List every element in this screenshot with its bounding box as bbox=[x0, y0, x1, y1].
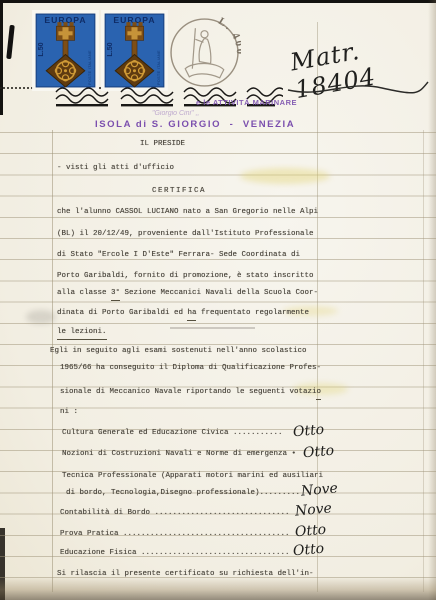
highlight-smudge bbox=[240, 168, 330, 184]
subject-line: di bordo, Tecnologia,Disegno professiona… bbox=[66, 489, 300, 498]
typed-underline bbox=[57, 339, 107, 340]
subject-line: Educazione Fisica ......................… bbox=[60, 549, 290, 558]
revenue-seal-icon: L. 400 bbox=[168, 16, 241, 89]
letterhead-stamp-line2: "Giorgio Cini" ,, bbox=[152, 110, 199, 117]
typed-underline bbox=[316, 399, 321, 400]
scan-edge-top bbox=[0, 0, 436, 3]
handwritten-grade: Nove bbox=[294, 500, 332, 519]
certificate-line: le lezioni. bbox=[57, 328, 107, 337]
certificate-line: di Stato "Ercole I D'Este" Ferrara- Sede… bbox=[57, 251, 300, 260]
certificate-line: (BL) il 20/12/49, proveniente dall'Istit… bbox=[57, 230, 314, 239]
handwritten-grade: Otto bbox=[292, 541, 324, 560]
certificate-line: dinata di Porto Garibaldi ed ha frequent… bbox=[57, 309, 309, 318]
pencil-smudge bbox=[26, 310, 56, 324]
postage-stamp-icon bbox=[101, 10, 168, 91]
premise-line: - visti gli atti d'ufficio bbox=[57, 164, 174, 173]
scanned-certificate-page: EUROPA L.50 POSTE ITALIANE bbox=[0, 0, 436, 600]
pencil-strike-mark bbox=[170, 327, 255, 329]
letterhead-stamp-line1: e le ATTIVITÀ MARINARE bbox=[196, 98, 297, 107]
signature-flourish-underline bbox=[284, 74, 432, 102]
typed-underline bbox=[187, 320, 196, 321]
certificate-line: 1965/66 ha conseguito il Diploma di Qual… bbox=[60, 364, 321, 373]
pen-mark bbox=[6, 25, 15, 59]
certificate-line: Egli in seguito agli esami sostenuti nel… bbox=[50, 347, 307, 356]
handwritten-grade: Otto bbox=[294, 522, 326, 541]
subject-line: Prova Pratica ..........................… bbox=[60, 530, 290, 539]
letterhead-stamp-location: ISOLA di S. GIORGIO - VENEZIA bbox=[95, 119, 295, 130]
certificate-line: alla classe 3° Sezione Meccanici Navali … bbox=[57, 289, 318, 298]
subject-line: Tecnica Professionale (Apparati motori m… bbox=[62, 472, 323, 481]
handwritten-grade: Nove bbox=[300, 480, 338, 499]
ruled-line-vertical-edge bbox=[423, 130, 424, 592]
ruled-lines-horizontal bbox=[0, 132, 436, 594]
subject-line: Nozioni di Costruzioni Navali e Norme di… bbox=[62, 450, 296, 459]
postage-stamp-icon bbox=[32, 10, 99, 91]
typed-underline bbox=[111, 300, 120, 301]
certificate-line: ni : bbox=[60, 408, 78, 417]
heading-il-preside: IL PRESIDE bbox=[140, 140, 185, 149]
handwritten-grade: Otto bbox=[302, 443, 334, 462]
subject-line: Contabilità di Bordo ...................… bbox=[60, 509, 290, 518]
certificate-line: che l'alunno CASSOL LUCIANO nato a San G… bbox=[57, 208, 318, 217]
certificate-line: Porto Garibaldi, fornito di promozione, … bbox=[57, 272, 314, 281]
certificate-line: sionale di Meccanico Navale riportando l… bbox=[60, 388, 321, 397]
handwritten-grade: Otto bbox=[292, 422, 324, 441]
heading-certifica: CERTIFICA bbox=[152, 187, 206, 196]
seal-value-text: L. 400 bbox=[216, 16, 241, 56]
subject-line: Cultura Generale ed Educazione Civica ..… bbox=[62, 429, 283, 438]
scan-edge-left bbox=[0, 0, 3, 115]
ruled-line-vertical-left bbox=[52, 130, 53, 592]
seated-figure-icon bbox=[185, 28, 224, 78]
closing-line: Si rilascia il presente certificato su r… bbox=[57, 570, 314, 579]
svg-text:L. 400: L. 400 bbox=[216, 16, 241, 56]
